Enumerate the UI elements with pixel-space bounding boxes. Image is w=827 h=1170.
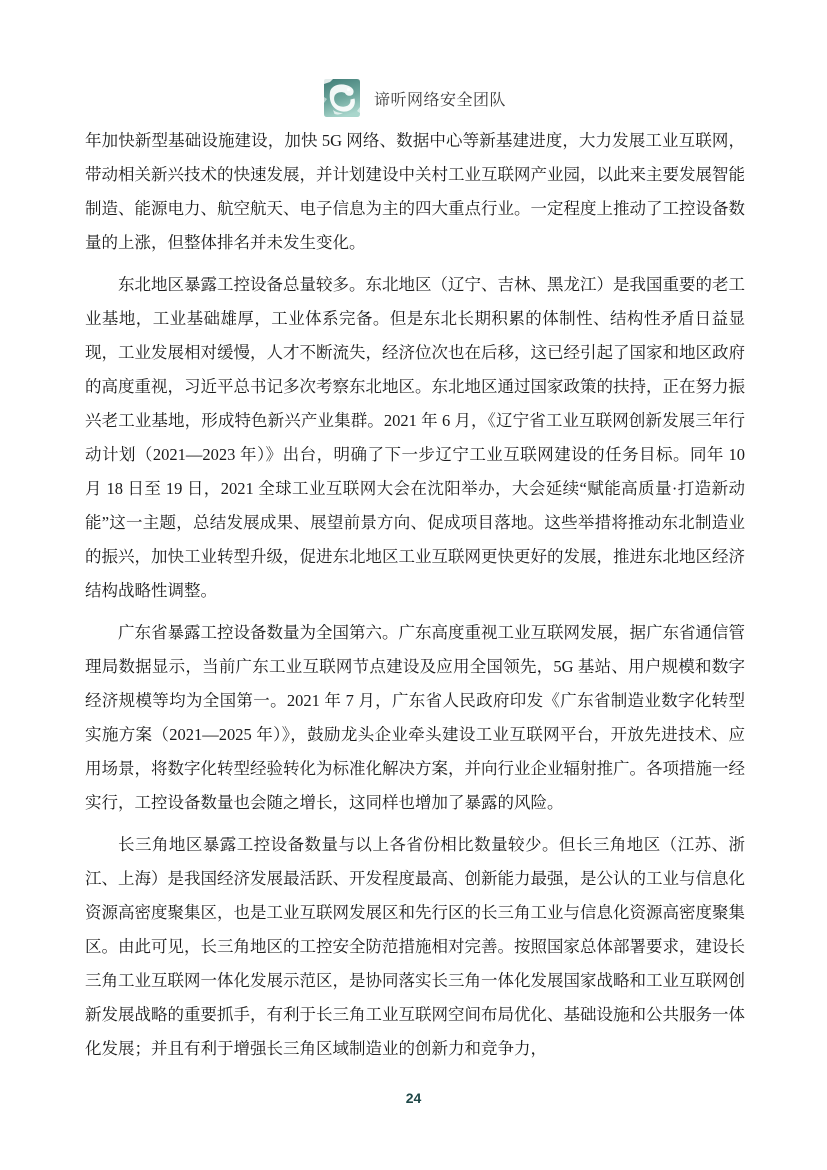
paragraph-3: 广东省暴露工控设备数量为全国第六。广东高度重视工业互联网发展，据广东省通信管理局…: [85, 616, 745, 820]
team-name-text: 谛听网络安全团队: [374, 87, 506, 110]
document-page: 谛听网络安全团队 年加快新型基础设施建设，加快 5G 网络、数据中心等新基建进度…: [0, 0, 827, 1170]
paragraph-4: 长三角地区暴露工控设备数量与以上各省份相比数量较少。但长三角地区（江苏、浙江、上…: [85, 828, 745, 1066]
document-footer: 24: [0, 1090, 827, 1108]
paragraph-2: 东北地区暴露工控设备总量较多。东北地区（辽宁、吉林、黑龙江）是我国重要的老工业基…: [85, 268, 745, 608]
document-body: 年加快新型基础设施建设，加快 5G 网络、数据中心等新基建进度，大力发展工业互联…: [85, 124, 745, 1074]
diting-seal-logo: [321, 77, 362, 119]
paragraph-1: 年加快新型基础设施建设，加快 5G 网络、数据中心等新基建进度，大力发展工业互联…: [85, 124, 745, 260]
page-number: 24: [406, 1090, 422, 1106]
document-header: 谛听网络安全团队: [0, 76, 827, 120]
